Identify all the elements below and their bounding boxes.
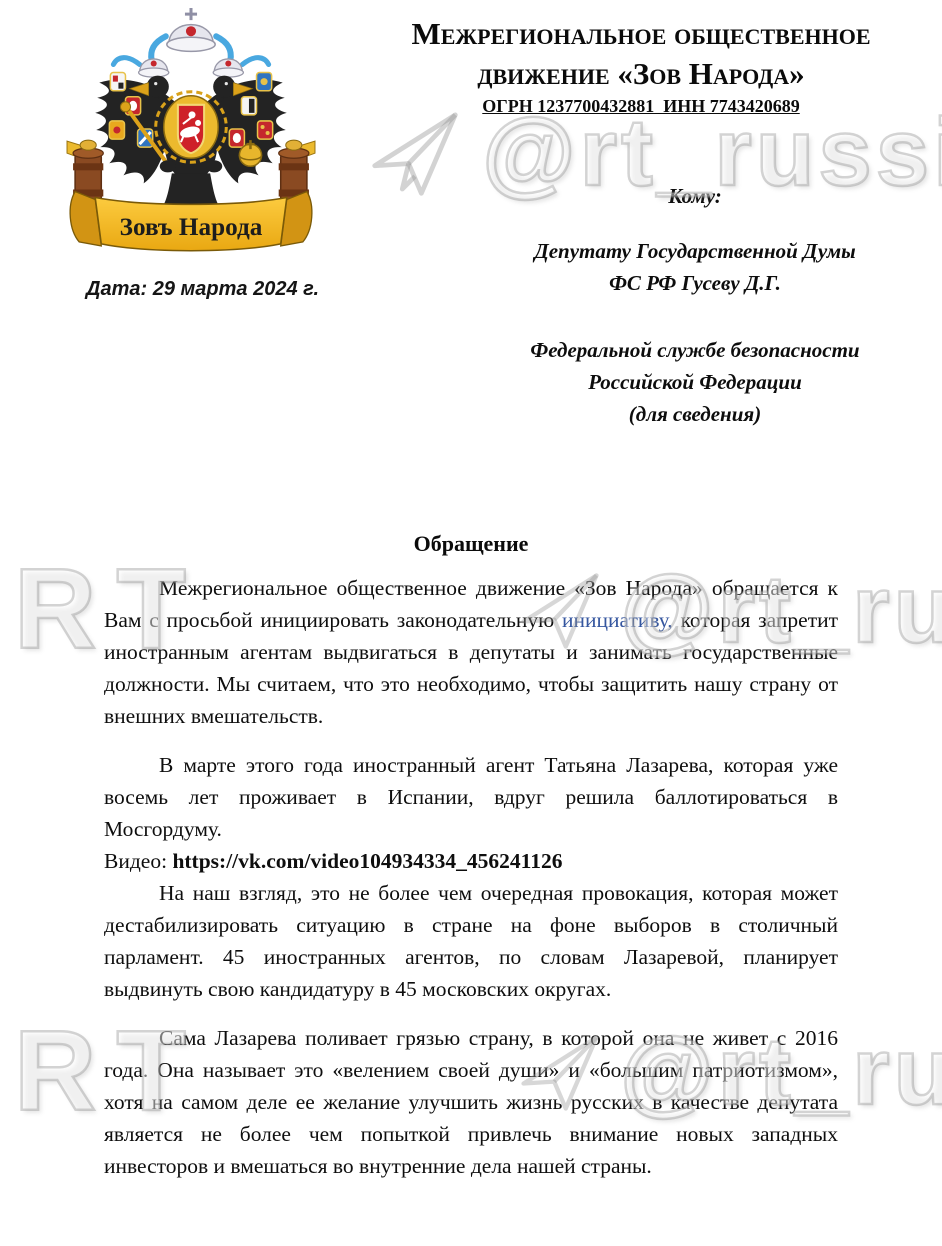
- org-header: Межрегиональное общественное движение «З…: [345, 14, 937, 117]
- org-name-line1: Межрегиональное общественное: [345, 14, 937, 54]
- document-title: Обращение: [104, 531, 838, 557]
- addressee-line: ФС РФ Гусеву Д.Г.: [460, 267, 930, 299]
- cc-line: (для сведения): [460, 398, 930, 430]
- video-link[interactable]: https://vk.com/video104934334_456241126: [172, 849, 562, 873]
- watermark-letter-r: R: [14, 1006, 100, 1137]
- highlighted-word: инициативу,: [562, 608, 673, 632]
- paragraph-4: Сама Лазарева поливает грязью страну, в …: [104, 1022, 838, 1182]
- org-name-line2: движение «Зов Народа»: [345, 54, 937, 94]
- video-line: Видео: https://vk.com/video104934334_456…: [104, 845, 838, 877]
- date-line: Дата: 29 марта 2024 г.: [86, 278, 319, 301]
- video-label: Видео:: [104, 849, 172, 873]
- document-page: @rt_russian R T @rt_russian R T @rt_russ…: [0, 0, 942, 1246]
- cc-line: Федеральной службе безопасности: [460, 334, 930, 366]
- to-label: Кому:: [460, 180, 930, 212]
- paragraph-3: На наш взгляд, это не более чем очередна…: [104, 877, 838, 1005]
- coat-of-arms: Зовъ Народа: [64, 2, 318, 256]
- addressee-block: Кому: Депутату Государственной Думы ФС Р…: [460, 180, 930, 430]
- org-registration: ОГРН 1237700432881 ИНН 7743420689: [345, 96, 937, 117]
- addressee-line: Депутату Государственной Думы: [460, 235, 930, 267]
- document-body: Межрегиональное общественное движение «З…: [104, 572, 838, 1182]
- paragraph-2: В марте этого года иностранный агент Тат…: [104, 749, 838, 845]
- cc-line: Российской Федерации: [460, 366, 930, 398]
- watermark-letter-r: R: [14, 544, 100, 675]
- paragraph-1: Межрегиональное общественное движение «З…: [104, 572, 838, 732]
- banner-text: Зовъ Народа: [120, 214, 263, 241]
